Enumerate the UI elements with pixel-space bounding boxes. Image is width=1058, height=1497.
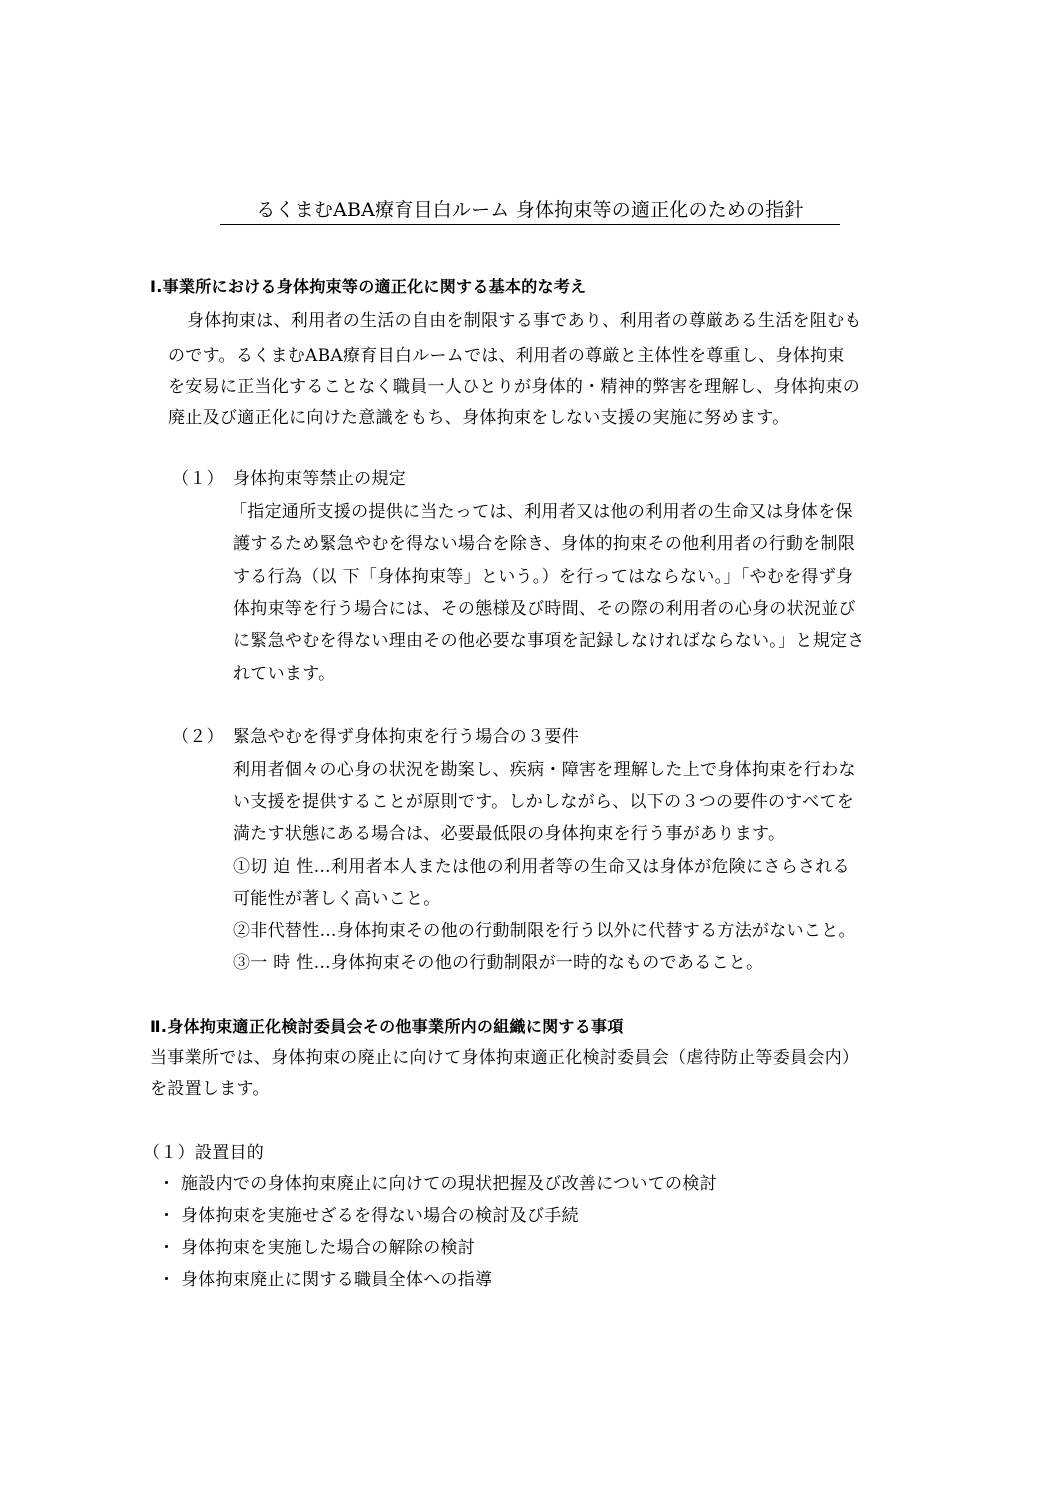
subsection-1-number: （１） bbox=[172, 469, 224, 489]
document-title: るくまむABA療育目白ルーム 身体拘束等の適正化のための指針 bbox=[220, 198, 840, 225]
requirement-non-substitutability: ②非代替性…身体拘束その他の行動制限を行う以外に代替する方法がないこと。 bbox=[233, 921, 856, 941]
section1-paragraph-line: 廃止及び適正化に向けた意識をもち、身体拘束をしない支援の実施に努めます。 bbox=[168, 408, 789, 428]
subsection-1-line: れています。 bbox=[233, 664, 335, 684]
subsection-1-line: に緊急やむを得ない理由その他必要な事項を記録しなければならない。」と規定さ bbox=[233, 631, 865, 651]
section1-heading: Ⅰ.事業所における身体拘束等の適正化に関する基本的な考え bbox=[150, 277, 586, 297]
purpose-list-item: 身体拘束を実施せざるを得ない場合の検討及び手続 bbox=[181, 1206, 579, 1226]
requirement-urgency: ①切 迫 性…利用者本人または他の利用者等の生命又は身体が危険にさらされる bbox=[233, 857, 850, 877]
section2-paragraph-line: を設置します。 bbox=[150, 1079, 270, 1099]
subsection-2-line: い支援を提供することが原則です。しかしながら、以下の３つの要件のすべてを bbox=[233, 792, 854, 812]
requirement-temporariness: ③一 時 性…身体拘束その他の行動制限が一時的なものであること。 bbox=[233, 953, 763, 973]
bullet-icon: ・ bbox=[158, 1174, 175, 1194]
subsection-1-line: する行為（以 下「身体拘束等」という。）を行ってはならない。」「やむを得ず身 bbox=[233, 567, 853, 587]
subsection-2-line: 満たす状態にある場合は、必要最低限の身体拘束を行う事があります。 bbox=[233, 824, 785, 844]
section1-paragraph-line: 身体拘束は、利用者の生活の自由を制限する事であり、利用者の尊厳ある生活を阻むも bbox=[187, 311, 862, 331]
purpose-list-item: 施設内での身体拘束廃止に向けての現状把握及び改善についての検討 bbox=[181, 1174, 717, 1194]
subsection-1-line: 「指定通所支援の提供に当たっては、利用者又は他の利用者の生命又は身体を保 bbox=[230, 502, 853, 522]
subsection-2-number: （２） bbox=[172, 727, 224, 747]
document-page: るくまむABA療育目白ルーム 身体拘束等の適正化のための指針 Ⅰ.事業所における… bbox=[0, 0, 1058, 1497]
subsection-2-heading: 緊急やむを得ず身体拘束を行う場合の３要件 bbox=[233, 727, 579, 747]
bullet-icon: ・ bbox=[158, 1270, 175, 1290]
purpose-list-item: 身体拘束廃止に関する職員全体への指導 bbox=[181, 1270, 492, 1290]
section2-paragraph-line: 当事業所では、身体拘束の廃止に向けて身体拘束適正化検討委員会（虐待防止等委員会内… bbox=[150, 1048, 859, 1068]
section2-heading: Ⅱ.身体拘束適正化検討委員会その他事業所内の組織に関する事項 bbox=[150, 1017, 624, 1037]
subsection-1-heading: 身体拘束等禁止の規定 bbox=[233, 469, 406, 489]
subsection-1-line: 体拘束等を行う場合には、その態様及び時間、その際の利用者の心身の状況並び bbox=[233, 599, 856, 619]
bullet-icon: ・ bbox=[158, 1238, 175, 1258]
subsection-2-line: 利用者個々の心身の状況を勘案し、疾病・障害を理解した上で身体拘束を行わな bbox=[233, 760, 856, 780]
subsection-1-line: 護するため緊急やむを得ない場合を除き、身体的拘束その他利用者の行動を制限 bbox=[233, 534, 855, 554]
section1-paragraph-line: のです。るくまむABA療育目白ルームでは、利用者の尊厳と主体性を尊重し、身体拘束 bbox=[168, 346, 845, 366]
section2-sub1-heading: （１）設置目的 bbox=[143, 1143, 264, 1163]
requirement-urgency-cont: 可能性が著しく高いこと。 bbox=[233, 889, 441, 909]
section1-paragraph-line: を安易に正当化することなく職員一人ひとりが身体的・精神的弊害を理解し、身体拘束の bbox=[168, 377, 860, 397]
purpose-list-item: 身体拘束を実施した場合の解除の検討 bbox=[181, 1238, 475, 1258]
bullet-icon: ・ bbox=[158, 1206, 175, 1226]
